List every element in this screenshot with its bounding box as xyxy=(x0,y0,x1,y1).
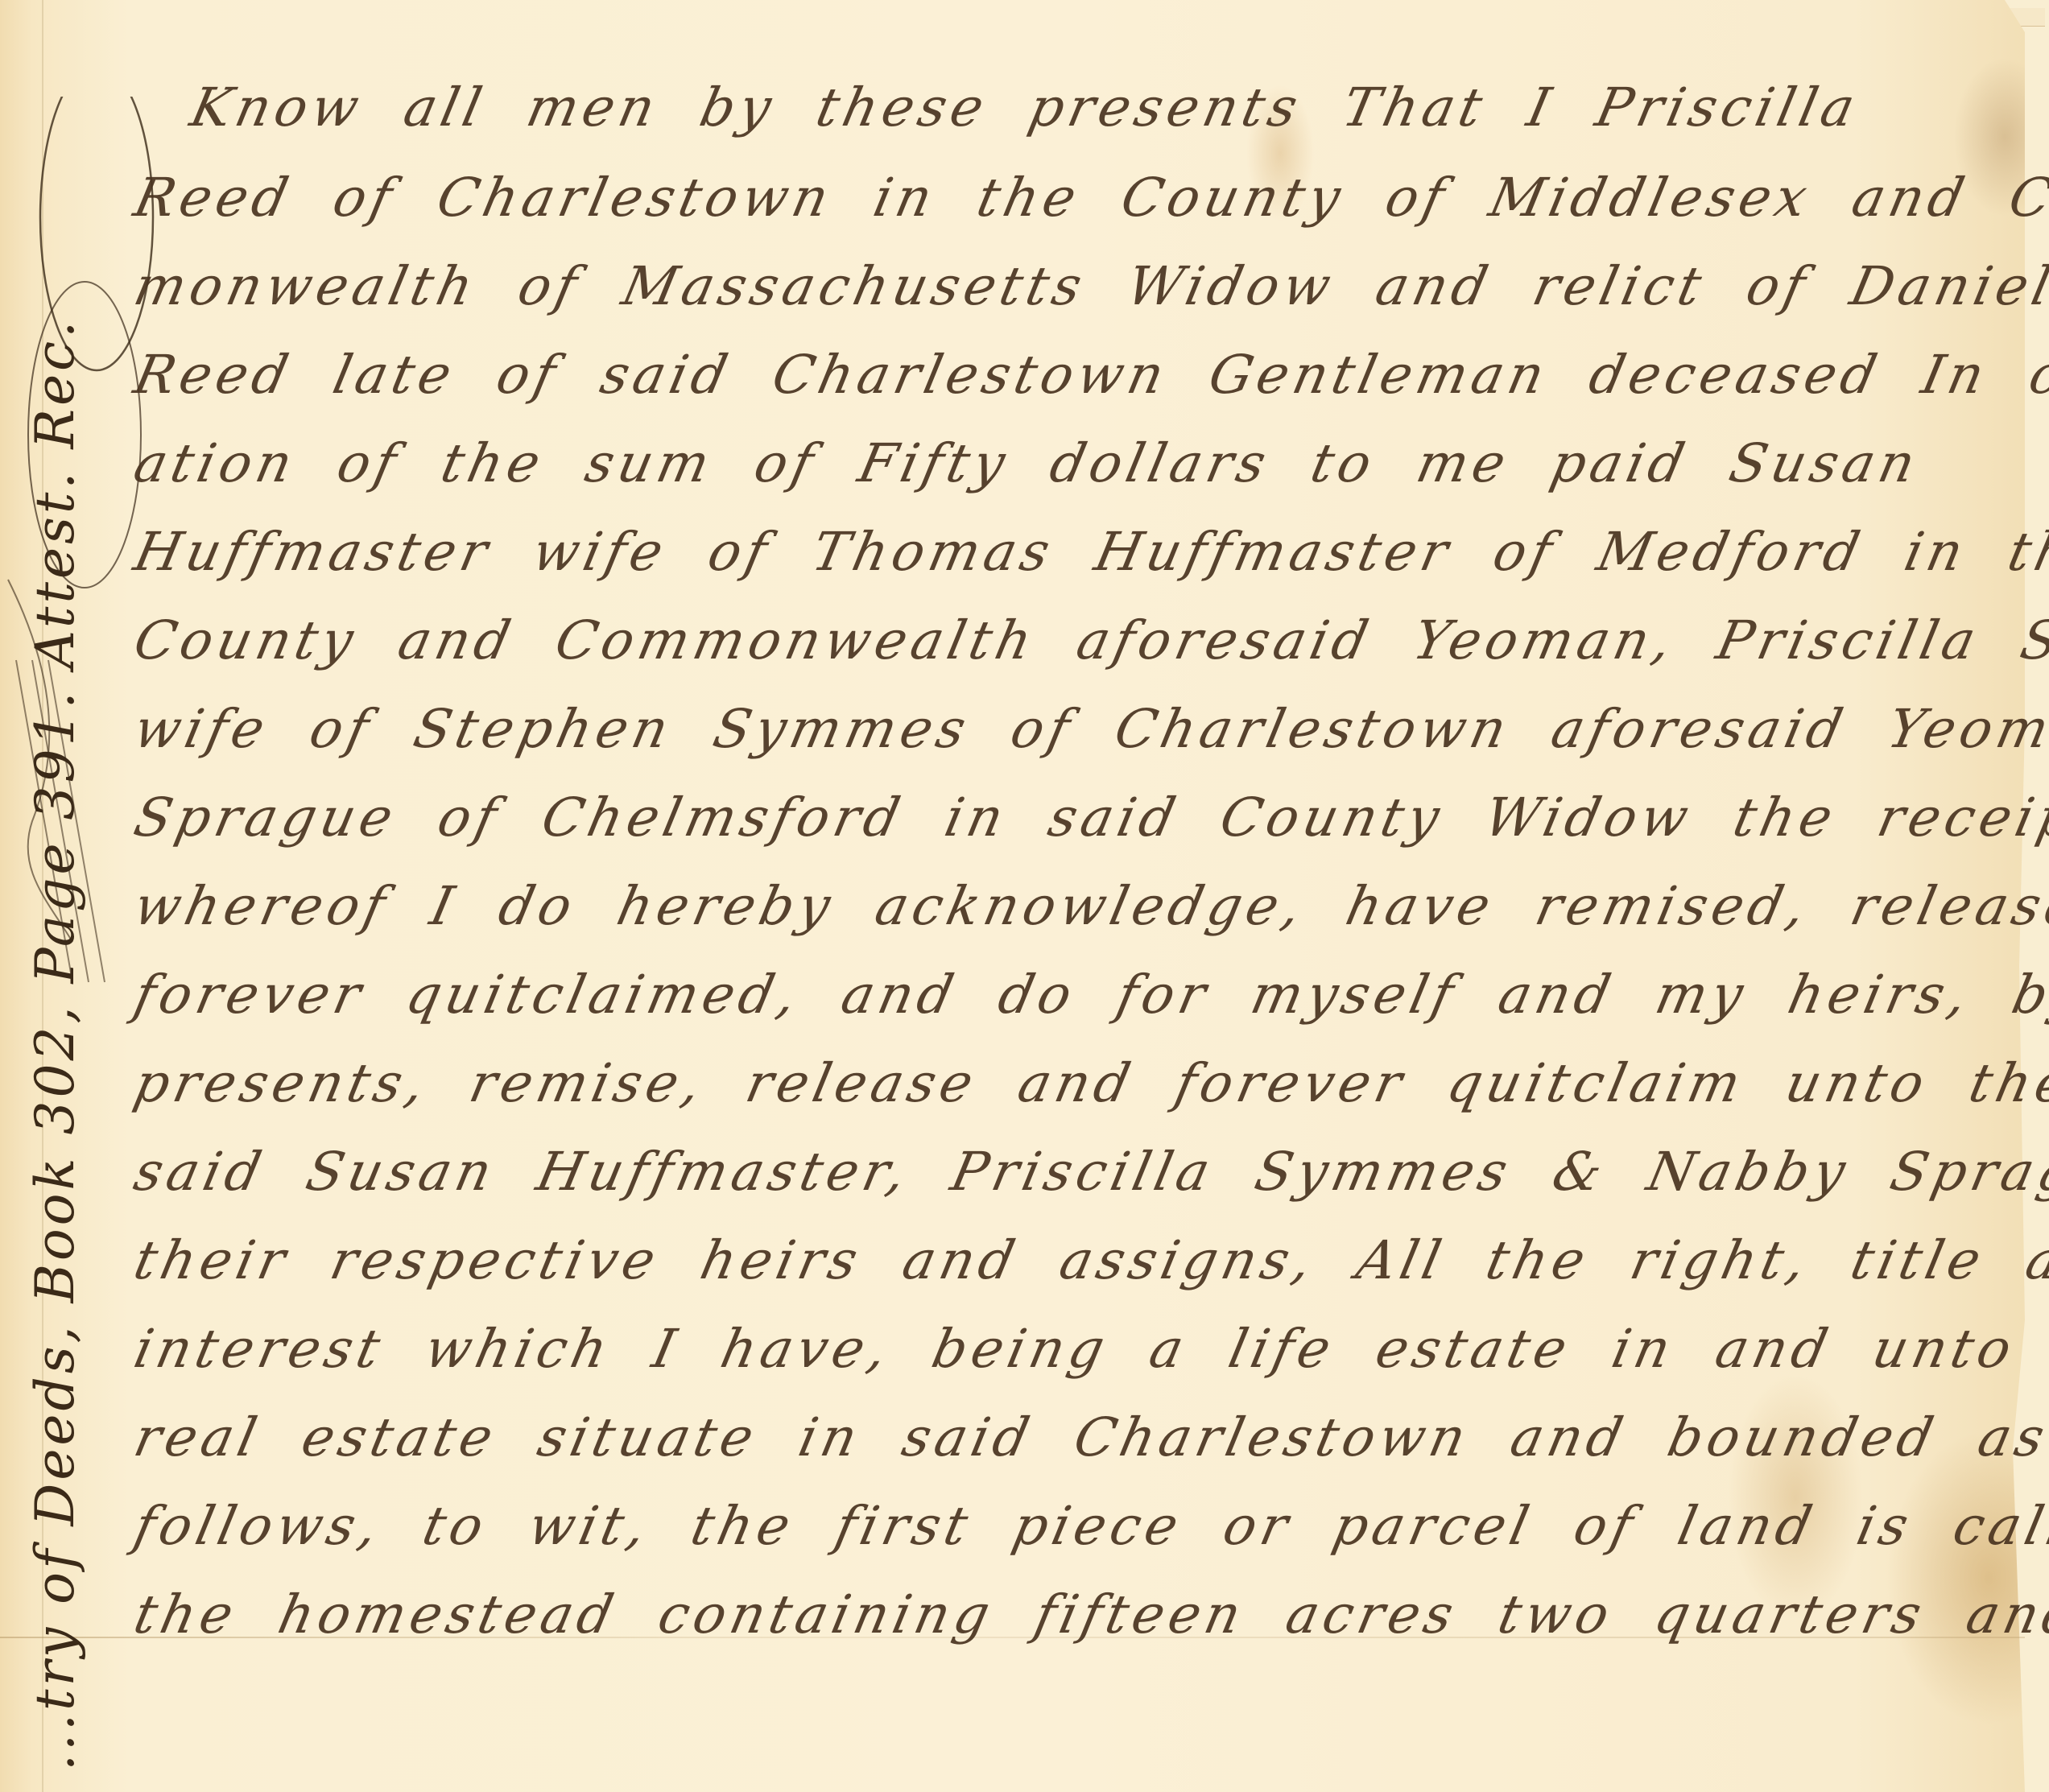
deed-line: Reed of Charlestown in the County of Mid… xyxy=(129,167,2049,229)
deed-line: interest which I have, being a life esta… xyxy=(129,1318,2049,1380)
registry-margin-annotation: ...try of Deeds, Book 302, Page 391. Att… xyxy=(24,318,86,1771)
document-scan: Know all men by these presents That I Pr… xyxy=(0,0,2049,1792)
deed-line: forever quitclaimed, and do for myself a… xyxy=(129,964,2049,1026)
deed-line: the homestead containing fifteen acres t… xyxy=(129,1583,2049,1645)
deed-line: Sprague of Chelmsford in said County Wid… xyxy=(129,787,2049,849)
deed-line: Reed late of said Charlestown Gentleman … xyxy=(129,344,2049,406)
deed-line: follows, to wit, the first piece or parc… xyxy=(129,1495,2049,1557)
deed-line: real estate situate in said Charlestown … xyxy=(129,1406,2049,1468)
deed-line: presents, remise, release and forever qu… xyxy=(129,1052,2049,1114)
deed-line: said Susan Huffmaster, Priscilla Symmes … xyxy=(129,1141,2049,1203)
deed-line: ation of the sum of Fifty dollars to me … xyxy=(129,432,1925,494)
deed-line: whereof I do hereby acknowledge, have re… xyxy=(129,875,2049,937)
deed-line: wife of Stephen Symmes of Charlestown af… xyxy=(129,698,2049,760)
deed-line: Know all men by these presents That I Pr… xyxy=(185,76,1865,138)
deed-line: monwealth of Massachusetts Widow and rel… xyxy=(129,255,2049,317)
deed-line: their respective heirs and assigns, All … xyxy=(129,1229,2049,1291)
deed-line: County and Commonwealth aforesaid Yeoman… xyxy=(129,609,2049,671)
deed-line: Huffmaster wife of Thomas Huffmaster of … xyxy=(129,521,2049,583)
